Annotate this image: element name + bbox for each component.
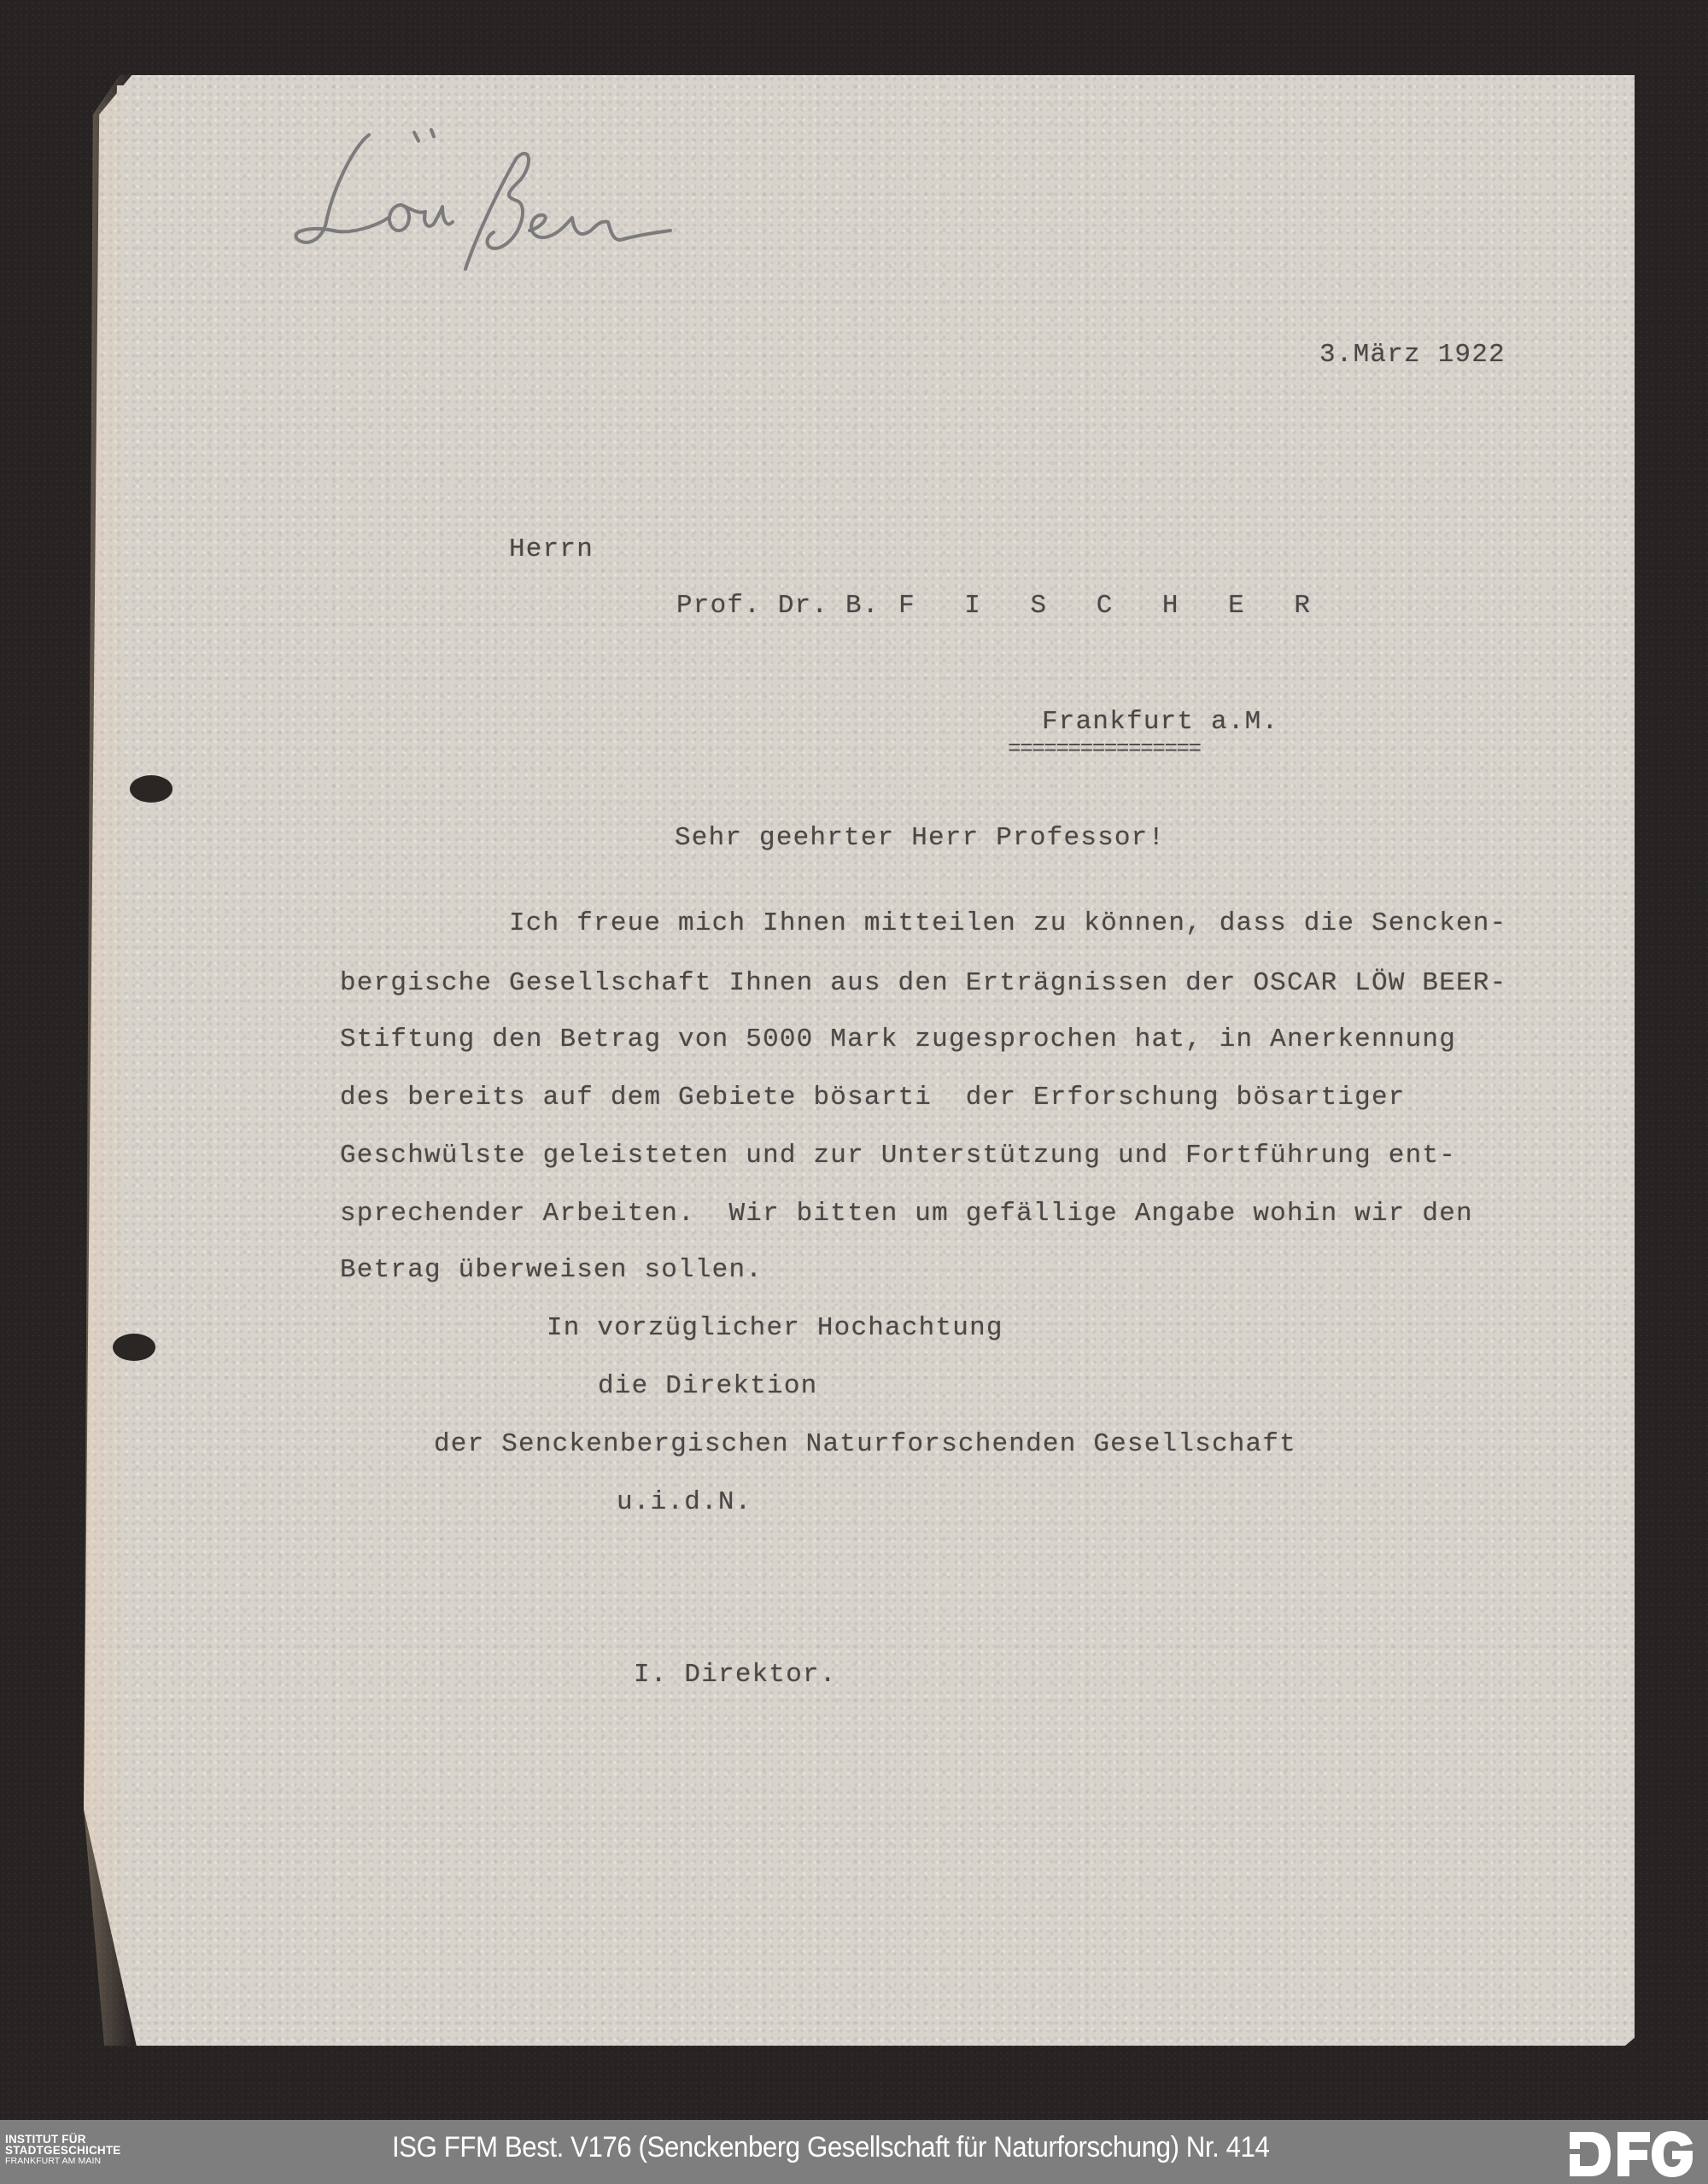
body-line: sprechender Arbeiten. Wir bitten um gefä… xyxy=(340,1199,1473,1229)
letter-greeting: Sehr geehrter Herr Professor! xyxy=(675,823,1165,853)
institute-location: FRANKFURT AM MAIN xyxy=(5,2156,121,2167)
punch-hole-bottom xyxy=(113,1334,155,1361)
body-line: Betrag überweisen sollen. xyxy=(340,1255,763,1285)
body-line: Ich freue mich Ihnen mitteilen zu können… xyxy=(509,908,1506,938)
recipient-city: Frankfurt a.M. xyxy=(1042,707,1278,737)
body-line: bergische Gesellschaft Ihnen aus den Ert… xyxy=(340,968,1506,998)
letter-sheet xyxy=(84,75,1635,2046)
body-line: des bereits auf dem Gebiete bösarti der … xyxy=(340,1083,1406,1112)
letter-date: 3.März 1922 xyxy=(1319,340,1506,370)
signature-uidn: u.i.d.N. xyxy=(617,1487,752,1517)
dfg-logo-icon: DFG xyxy=(1568,2127,1696,2181)
recipient-salutation: Herrn xyxy=(509,534,594,564)
letter-closing: In vorzüglicher Hochachtung xyxy=(547,1313,1003,1343)
institute-name-line2: STADTGESCHICHTE xyxy=(5,2145,121,2156)
archive-footer-bar: INSTITUT FÜR STADTGESCHICHTE FRANKFURT A… xyxy=(0,2120,1708,2184)
archive-caption: ISG FFM Best. V176 (Senckenberg Gesellsc… xyxy=(392,2131,1269,2164)
institute-logo: INSTITUT FÜR STADTGESCHICHTE FRANKFURT A… xyxy=(5,2134,121,2167)
body-line: Stiftung den Betrag von 5000 Mark zugesp… xyxy=(340,1025,1456,1054)
city-underline: ================ xyxy=(1008,736,1201,762)
signature-direktion: die Direktion xyxy=(598,1371,817,1401)
signature-organization: der Senckenbergischen Naturforschenden G… xyxy=(434,1429,1296,1459)
pencil-note-loew-beer: Löw Beer xyxy=(273,111,683,282)
recipient-title: Prof. Dr. B. xyxy=(676,591,880,621)
recipient-name: Prof. Dr. B. F I S C H E R xyxy=(676,591,1327,621)
punch-hole-top xyxy=(130,775,173,803)
recipient-surname: F I S C H E R xyxy=(898,591,1327,621)
body-line: Geschwülste geleisteten und zur Unterstü… xyxy=(340,1141,1456,1171)
signatory-title: I. Direktor. xyxy=(634,1660,837,1690)
